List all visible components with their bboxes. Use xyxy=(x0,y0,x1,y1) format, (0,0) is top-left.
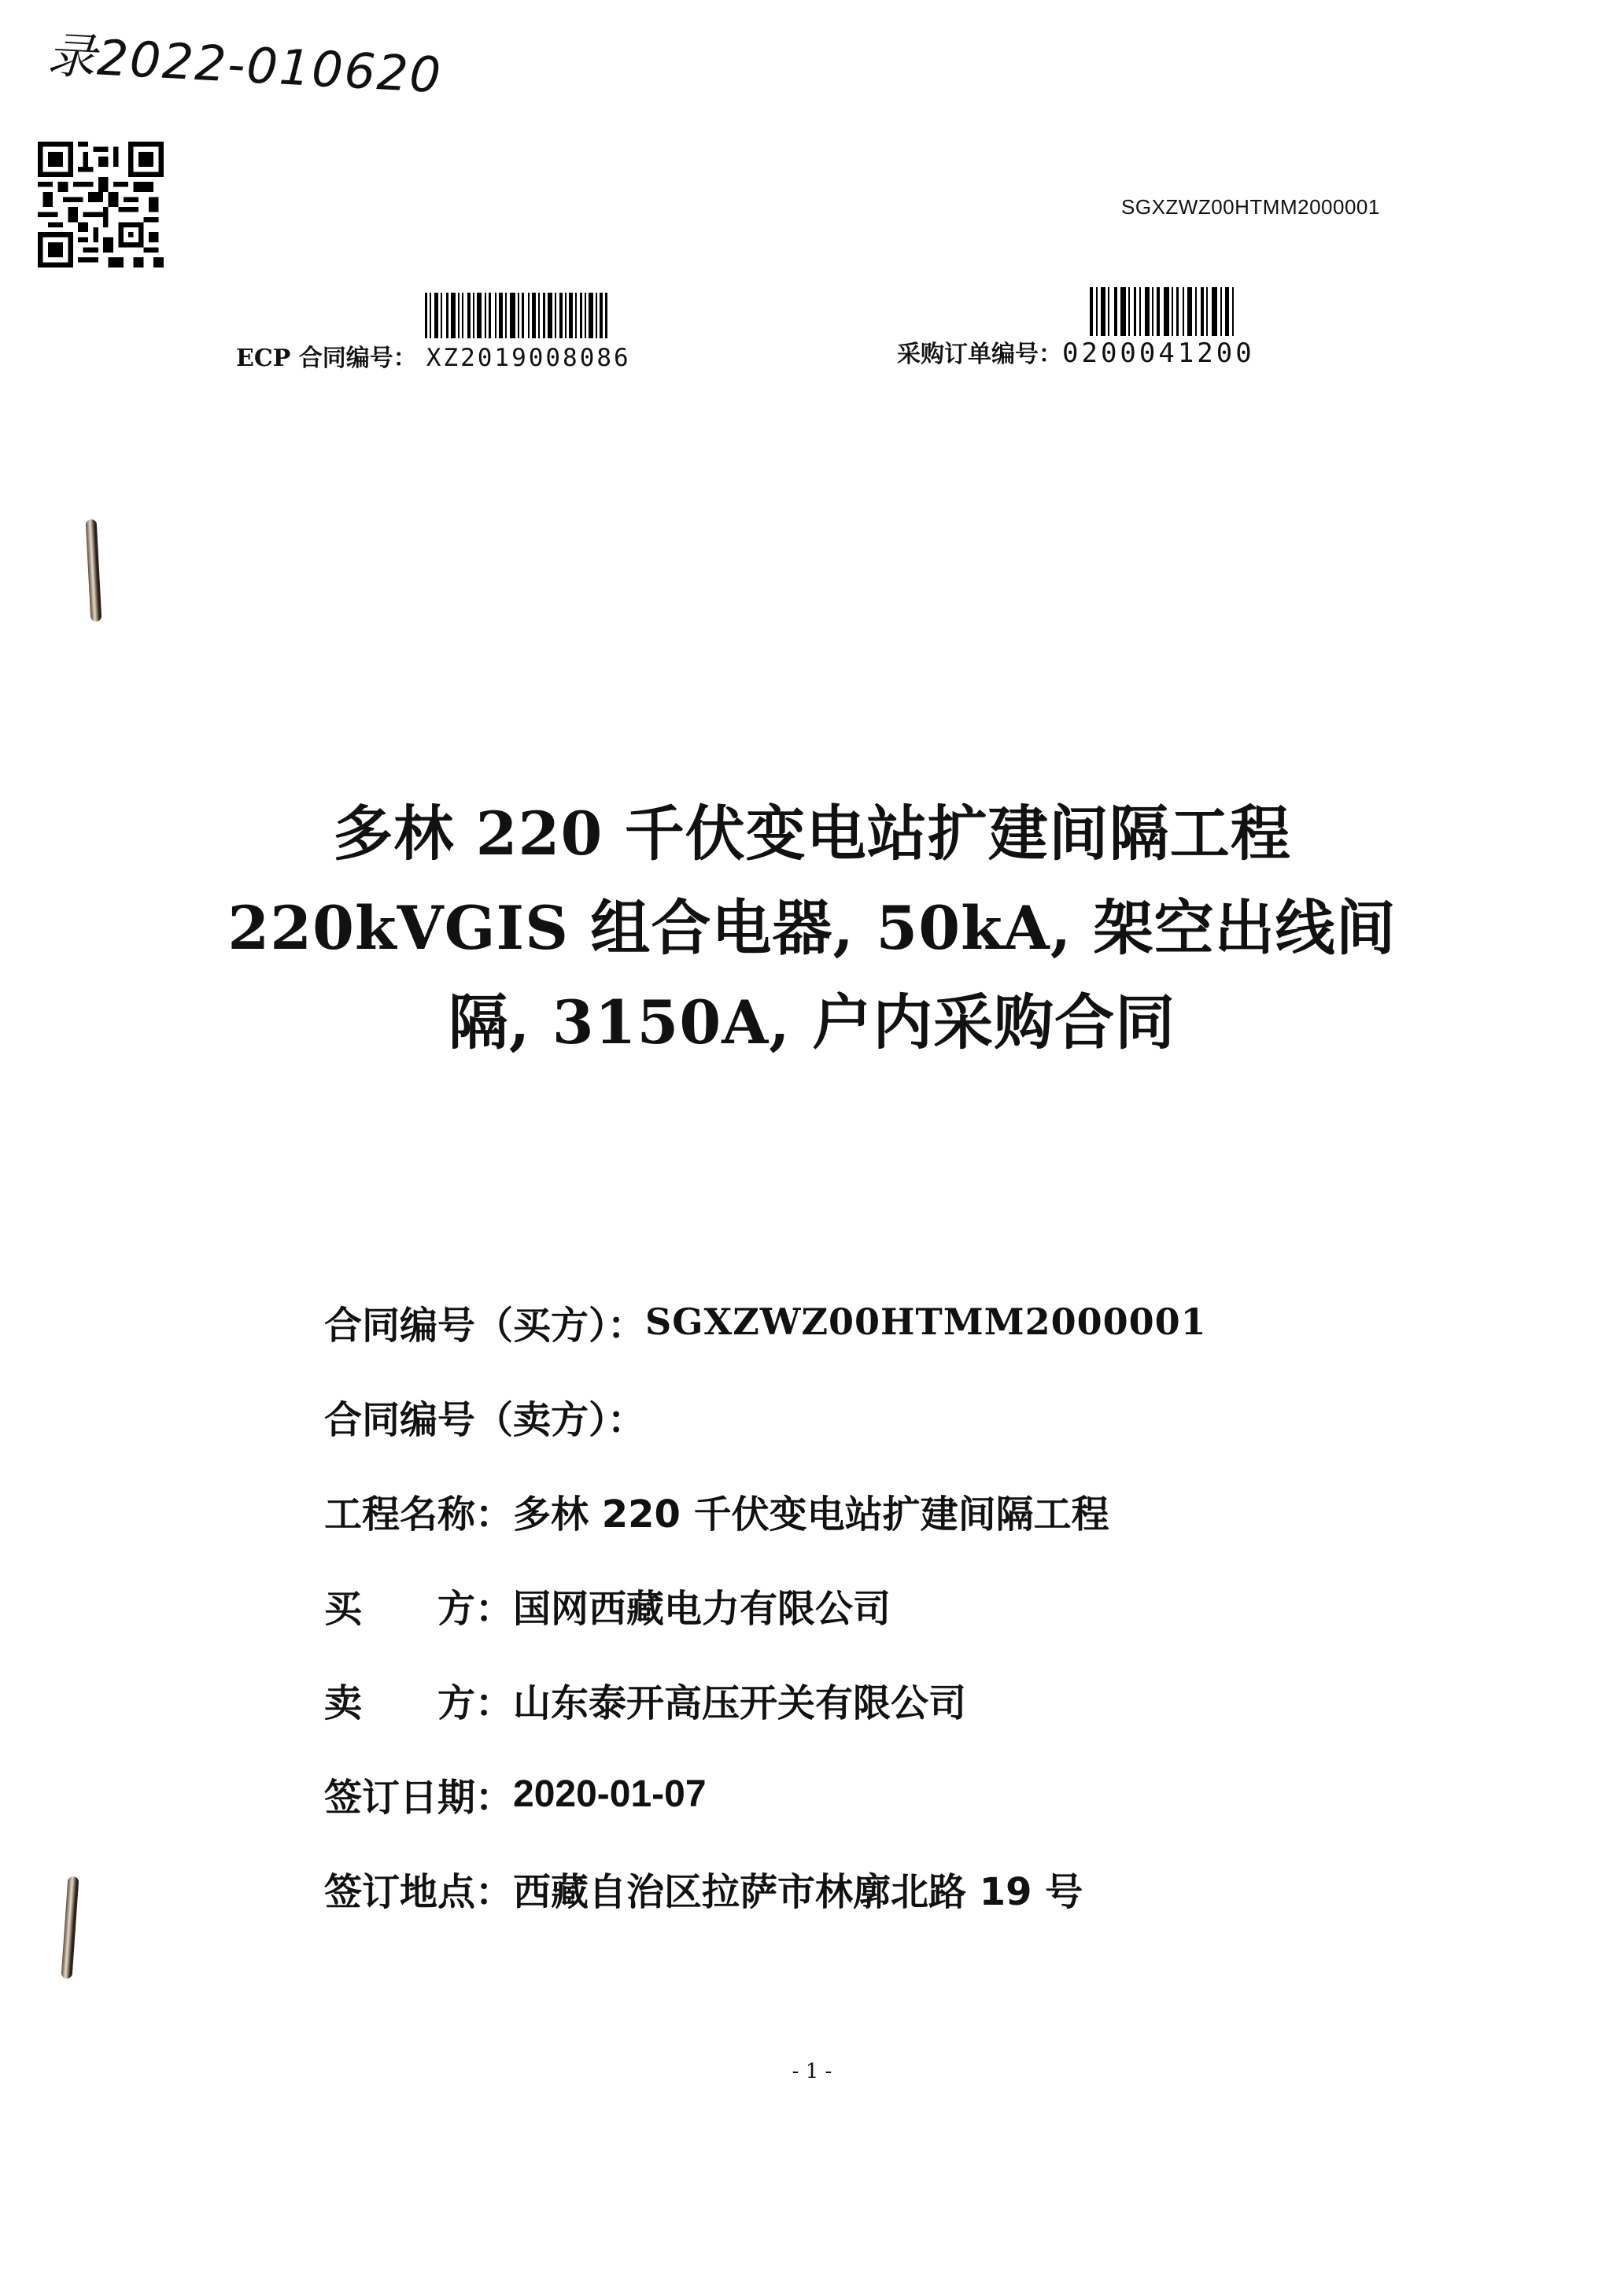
info-value: 西藏自治区拉萨市林廓北路 19 号 xyxy=(513,1861,1083,1916)
info-label: 卖 方： xyxy=(324,1673,513,1727)
ecp-contract-number-row: ECP 合同编号： XZ2019008086 xyxy=(236,338,631,373)
info-label: 买 方： xyxy=(324,1578,513,1633)
info-value: 山东泰开高压开关有限公司 xyxy=(513,1673,966,1727)
page-number: - 1 - xyxy=(0,2060,1624,2083)
contract-info-list: 合同编号（买方）： SGXZWZ00HTMM2000001 合同编号（卖方）： … xyxy=(324,1275,1207,1935)
info-value: SGXZWZ00HTMM2000001 xyxy=(645,1301,1207,1343)
title-line-3: 隔, 3150A, 户内采购合同 xyxy=(0,976,1624,1070)
info-row-signing-date: 签订日期： 2020-01-07 xyxy=(324,1747,1207,1841)
staple-icon xyxy=(86,519,102,622)
purchase-order-number-row: 采购订单编号： 0200041200 xyxy=(897,334,1255,369)
document-code: SGXZWZ00HTMM2000001 xyxy=(1121,195,1380,220)
ecp-contract-label: ECP 合同编号： xyxy=(236,338,417,373)
ecp-barcode-icon xyxy=(425,293,661,338)
info-row-project-name: 工程名称： 多林 220 千伏变电站扩建间隔工程 xyxy=(324,1463,1207,1558)
purchase-order-number: 0200041200 xyxy=(1062,338,1255,369)
info-label: 合同编号（买方）： xyxy=(324,1295,645,1349)
info-label: 合同编号（卖方）： xyxy=(324,1389,645,1444)
info-label: 签订地点： xyxy=(324,1861,513,1916)
handwritten-archive-number: 录2022-010620 xyxy=(46,16,445,106)
purchase-order-label: 采购订单编号： xyxy=(897,334,1062,369)
info-row-buyer: 买 方： 国网西藏电力有限公司 xyxy=(324,1558,1207,1652)
title-line-1: 多林 220 千伏变电站扩建间隔工程 xyxy=(0,787,1624,881)
info-label: 签订日期： xyxy=(324,1767,513,1821)
info-value: 多林 220 千伏变电站扩建间隔工程 xyxy=(513,1484,1109,1538)
info-value: 国网西藏电力有限公司 xyxy=(513,1578,891,1633)
qr-code-icon xyxy=(38,142,164,267)
title-line-2: 220kVGIS 组合电器, 50kA, 架空出线间 xyxy=(0,881,1624,976)
ecp-contract-number: XZ2019008086 xyxy=(426,344,631,372)
info-value: 2020-01-07 xyxy=(513,1773,707,1816)
purchase-order-barcode-icon xyxy=(1090,287,1326,336)
contract-title: 多林 220 千伏变电站扩建间隔工程 220kVGIS 组合电器, 50kA, … xyxy=(0,787,1624,1070)
info-row-seller: 卖 方： 山东泰开高压开关有限公司 xyxy=(324,1652,1207,1747)
info-row-buyer-contract-number: 合同编号（买方）： SGXZWZ00HTMM2000001 xyxy=(324,1275,1207,1369)
info-label: 工程名称： xyxy=(324,1484,513,1538)
info-row-signing-location: 签订地点： 西藏自治区拉萨市林廓北路 19 号 xyxy=(324,1841,1207,1935)
staple-icon xyxy=(61,1876,79,1979)
info-row-seller-contract-number: 合同编号（卖方）： xyxy=(324,1369,1207,1463)
